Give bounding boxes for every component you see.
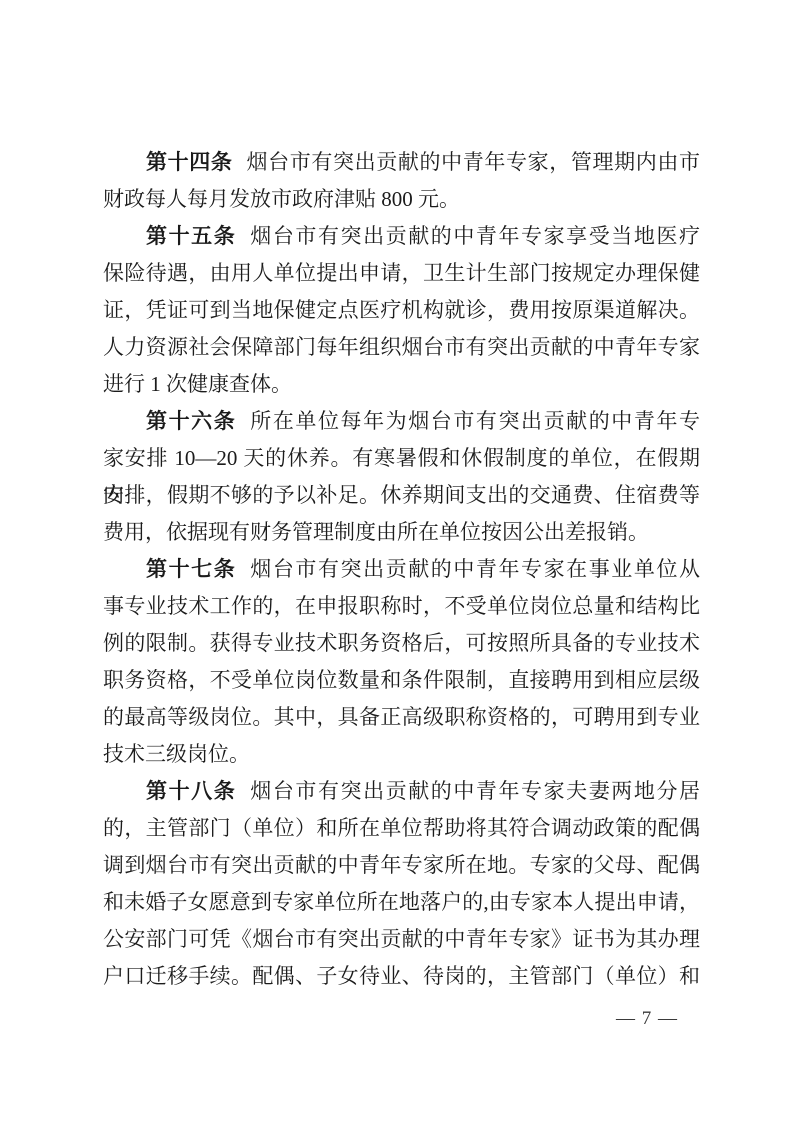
text-line: 家安排 10—20 天的休养。有寒暑假和休假制度的单位，在假期内 xyxy=(103,440,700,477)
text-line: 公安部门可凭《烟台市有突出贡献的中青年专家》证书为其办理 xyxy=(103,921,700,958)
text-line: 的，主管部门（单位）和所在单位帮助将其符合调动政策的配偶 xyxy=(103,810,700,847)
article-14-heading: 第十四条 xyxy=(146,151,233,174)
text-line: 安排，假期不够的予以补足。休养期间支出的交通费、住宿费等 xyxy=(103,477,700,514)
text-line: 人力资源社会保障部门每年组织烟台市有突出贡献的中青年专家 xyxy=(103,329,700,366)
article-17-text: 烟台市有突出贡献的中青年专家在事业单位从 xyxy=(250,557,700,581)
text-line: 的最高等级岗位。其中，具备正高级职称资格的，可聘用到专业 xyxy=(103,699,700,736)
text-line: 例的限制。获得专业技术职务资格后，可按照所具备的专业技术 xyxy=(103,625,700,662)
text-line: 第十八条烟台市有突出贡献的中青年专家夫妻两地分居 xyxy=(103,773,700,810)
article-18-text: 烟台市有突出贡献的中青年专家夫妻两地分居 xyxy=(250,779,700,803)
article-17-heading: 第十七条 xyxy=(146,558,236,581)
text-line: 费用，依据现有财务管理制度由所在单位按因公出差报销。 xyxy=(103,514,700,551)
text-line: 技术三级岗位。 xyxy=(103,736,700,773)
article-16-heading: 第十六条 xyxy=(146,410,236,433)
text-line: 第十六条所在单位每年为烟台市有突出贡献的中青年专 xyxy=(103,403,700,440)
article-14-text: 烟台市有突出贡献的中青年专家，管理期内由市 xyxy=(247,150,701,174)
text-line: 财政每人每月发放市政府津贴 800 元。 xyxy=(103,181,700,218)
article-15-text: 烟台市有突出贡献的中青年专家享受当地医疗 xyxy=(250,224,700,248)
text-line: 事专业技术工作的，在申报职称时，不受单位岗位总量和结构比 xyxy=(103,588,700,625)
text-line: 户口迁移手续。配偶、子女待业、待岗的，主管部门（单位）和 xyxy=(103,958,700,995)
article-18-heading: 第十八条 xyxy=(146,780,236,803)
document-page: 第十四条烟台市有突出贡献的中青年专家，管理期内由市 财政每人每月发放市政府津贴 … xyxy=(0,0,799,1132)
text-line: 保险待遇，由用人单位提出申请，卫生计生部门按规定办理保健 xyxy=(103,255,700,292)
page-number: — 7 — xyxy=(616,1006,678,1032)
text-line: 第十四条烟台市有突出贡献的中青年专家，管理期内由市 xyxy=(103,144,700,181)
text-line: 证，凭证可到当地保健定点医疗机构就诊，费用按原渠道解决。 xyxy=(103,292,700,329)
article-16-text: 所在单位每年为烟台市有突出贡献的中青年专 xyxy=(250,409,700,433)
text-line: 第十七条烟台市有突出贡献的中青年专家在事业单位从 xyxy=(103,551,700,588)
text-line: 第十五条烟台市有突出贡献的中青年专家享受当地医疗 xyxy=(103,218,700,255)
text-line: 职务资格，不受单位岗位数量和条件限制，直接聘用到相应层级 xyxy=(103,662,700,699)
article-15-heading: 第十五条 xyxy=(146,225,236,248)
text-line: 调到烟台市有突出贡献的中青年专家所在地。专家的父母、配偶 xyxy=(103,847,700,884)
document-content: 第十四条烟台市有突出贡献的中青年专家，管理期内由市 财政每人每月发放市政府津贴 … xyxy=(103,144,700,995)
text-line: 进行 1 次健康查体。 xyxy=(103,366,700,403)
text-line: 和未婚子女愿意到专家单位所在地落户的,由专家本人提出申请， xyxy=(103,884,700,921)
